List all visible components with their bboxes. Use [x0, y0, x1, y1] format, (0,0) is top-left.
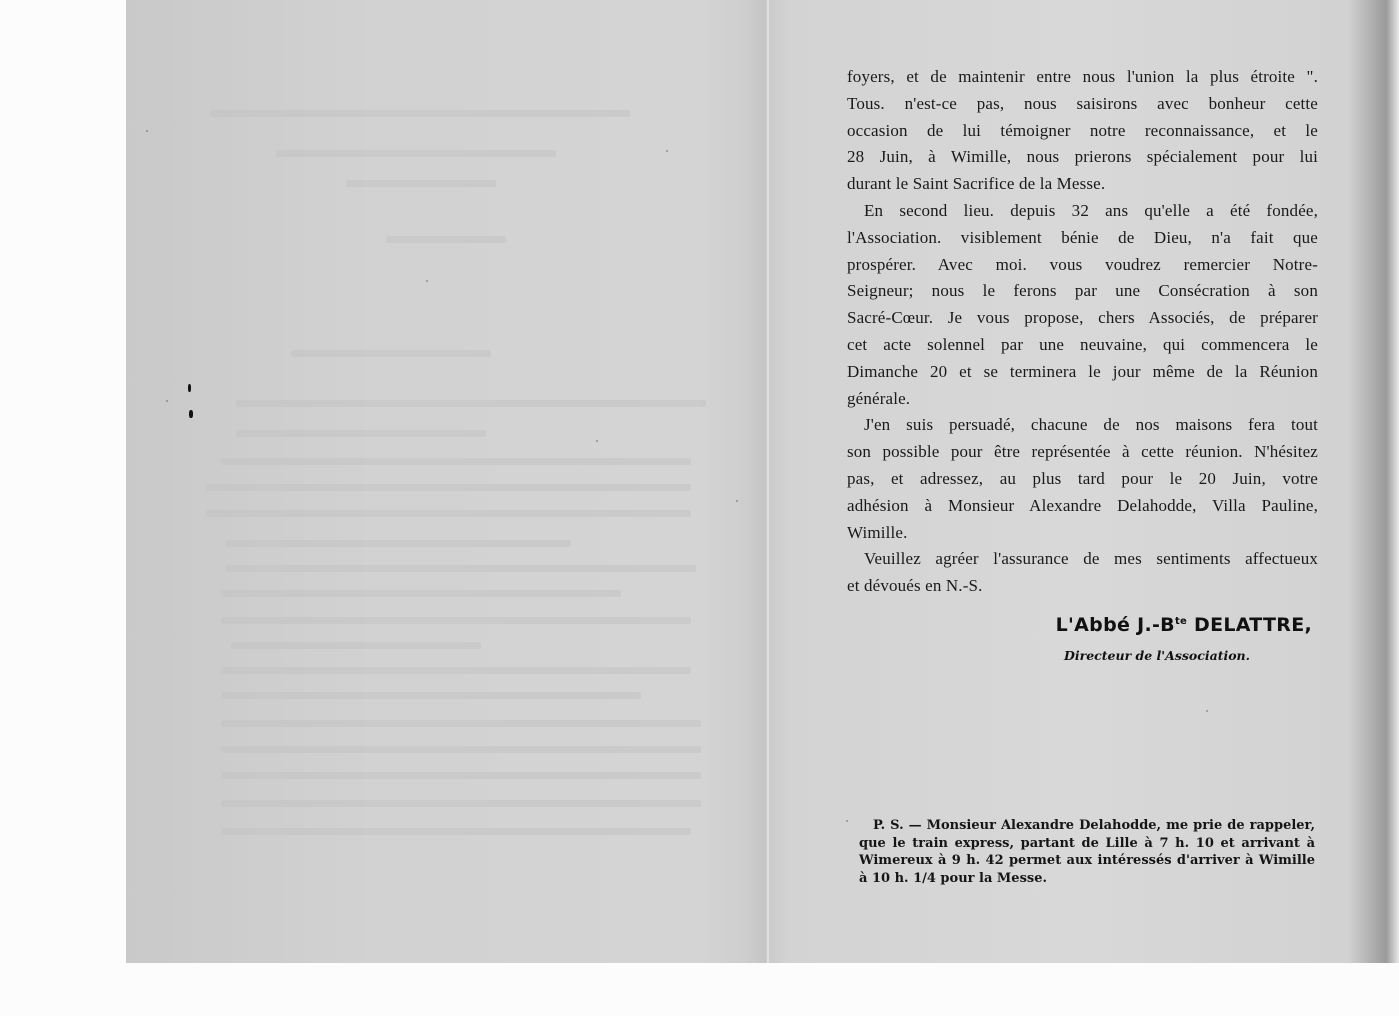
paper-speck — [426, 280, 428, 282]
bleed-through-line — [221, 692, 641, 699]
letter-paragraph: En second lieu. depuis 32 ans qu'elle a … — [847, 198, 1318, 412]
text-line: J'en suis persuadé, chacune de nos maiso… — [847, 412, 1318, 439]
text-line: En second lieu. depuis 32 ans qu'elle a … — [847, 198, 1318, 225]
ink-mark — [188, 384, 191, 392]
text-line: Dimanche 20 et se terminera le jour même… — [847, 359, 1318, 386]
left-page-bleed-through — [126, 0, 767, 963]
text-line: cet acte solennel par une neuvaine, qui … — [847, 332, 1318, 359]
letter-body: foyers, et de maintenir entre nous l'uni… — [847, 64, 1318, 600]
bleed-through-line — [236, 400, 706, 407]
letter-paragraph: Veuillez agréer l'assurance de mes senti… — [847, 546, 1318, 600]
bleed-through-line — [346, 180, 496, 187]
postscript-line: que le train express, partant de Lille à… — [859, 835, 1315, 853]
text-line: occasion de lui témoigner notre reconnai… — [847, 118, 1318, 145]
bleed-through-line — [221, 720, 701, 727]
fold-shadow — [746, 0, 766, 963]
text-line: l'Association. visiblement bénie de Dieu… — [847, 225, 1318, 252]
bleed-through-line — [221, 590, 621, 597]
text-line: durant le Saint Sacrifice de la Messe. — [847, 171, 1318, 198]
text-line: et dévoués en N.-S. — [847, 573, 1318, 600]
signature-surname: DELATTRE, — [1187, 614, 1312, 636]
bleed-through-line — [231, 642, 481, 649]
bleed-through-line — [210, 110, 630, 117]
postscript-line: P. S. — Monsieur Alexandre Delahodde, me… — [859, 817, 1315, 835]
bleed-through-line — [206, 484, 691, 491]
paper-speck — [666, 150, 668, 152]
text-line: foyers, et de maintenir entre nous l'uni… — [847, 64, 1318, 91]
letter-paragraph: foyers, et de maintenir entre nous l'uni… — [847, 64, 1318, 198]
bleed-through-line — [291, 350, 491, 357]
text-line: pas, et adressez, au plus tard pour le 2… — [847, 466, 1318, 493]
postscript: P. S. — Monsieur Alexandre Delahodde, me… — [859, 817, 1315, 887]
bleed-through-line — [221, 772, 701, 779]
bleed-through-line — [221, 800, 701, 807]
bleed-through-line — [226, 540, 571, 547]
bleed-through-line — [236, 430, 486, 437]
text-line: son possible pour être représentée à cet… — [847, 439, 1318, 466]
signature-role: Directeur de l'Association. — [992, 648, 1250, 663]
postscript-line: à 10 h. 1/4 pour la Messe. — [859, 870, 1315, 888]
document-spread: foyers, et de maintenir entre nous l'uni… — [126, 0, 1399, 963]
paper-speck — [596, 440, 598, 442]
postscript-line: Wimereux à 9 h. 42 permet aux intéressés… — [859, 852, 1315, 870]
paper-speck — [736, 500, 738, 502]
text-line: Tous. n'est-ce pas, nous saisirons avec … — [847, 91, 1318, 118]
bleed-through-line — [221, 617, 691, 624]
text-line: 28 Juin, à Wimille, nous prierons spécia… — [847, 144, 1318, 171]
bleed-through-line — [386, 236, 506, 243]
bleed-through-line — [221, 746, 701, 753]
text-line: Seigneur; nous le ferons par une Consécr… — [847, 278, 1318, 305]
bleed-through-line — [206, 510, 691, 517]
signature-name: L'Abbé J.-Bte DELATTRE, — [992, 614, 1312, 636]
text-line: Wimille. — [847, 520, 1318, 547]
text-line: prospérer. Avec moi. vous voudrez remerc… — [847, 252, 1318, 279]
text-line: générale. — [847, 386, 1318, 413]
bleed-through-line — [221, 828, 691, 835]
text-line: Veuillez agréer l'assurance de mes senti… — [847, 546, 1318, 573]
signature-superscript: te — [1175, 616, 1187, 627]
letter-paragraph: J'en suis persuadé, chacune de nos maiso… — [847, 412, 1318, 546]
bleed-through-line — [226, 565, 696, 572]
paper-speck — [166, 400, 168, 402]
signature-prefix: L'Abbé J.-B — [1056, 614, 1175, 636]
ink-mark — [189, 410, 193, 418]
paper-speck — [846, 820, 848, 822]
text-line: adhésion à Monsieur Alexandre Delahodde,… — [847, 493, 1318, 520]
bleed-through-line — [276, 150, 556, 157]
bleed-through-line — [221, 667, 691, 674]
right-page: foyers, et de maintenir entre nous l'uni… — [767, 0, 1399, 963]
paper-speck — [146, 130, 148, 132]
paper-speck — [1206, 710, 1208, 712]
bleed-through-line — [221, 458, 691, 465]
text-line: Sacré-Cœur. Je vous propose, chers Assoc… — [847, 305, 1318, 332]
